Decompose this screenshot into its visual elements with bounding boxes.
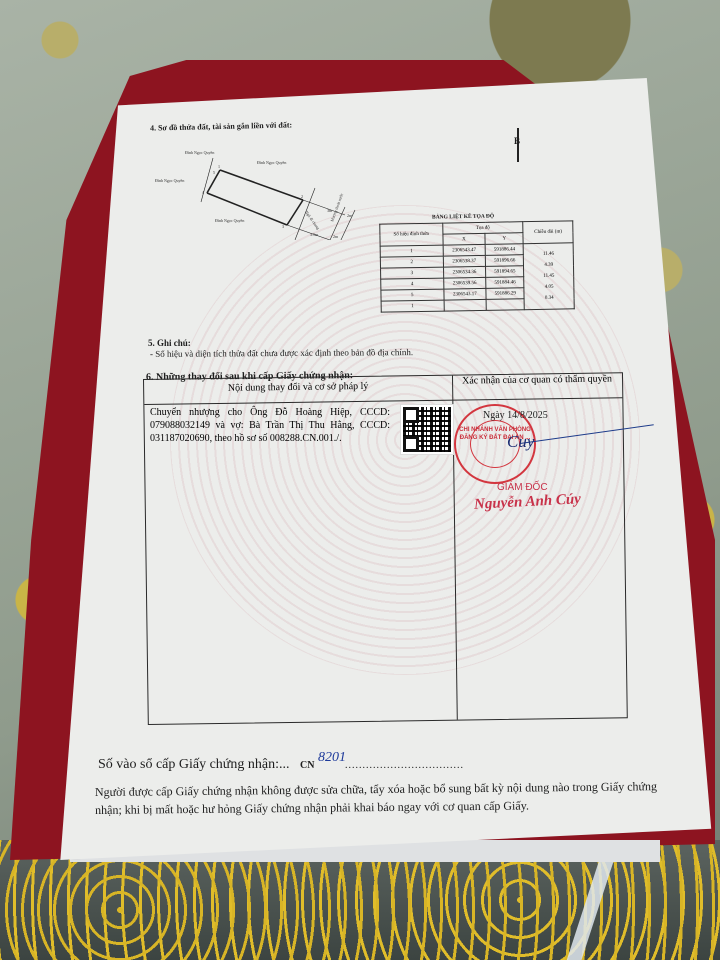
coord-header-x: X bbox=[442, 233, 485, 245]
warning-notice: Người được cấp Giấy chứng nhận không đượ… bbox=[95, 777, 675, 819]
section-5-note: - Số hiệu và diện tích thửa đất chưa đượ… bbox=[150, 347, 413, 359]
parcel-sketch: Đình Ngọc Quyền Đình Ngọc Quyền Đình Ngọ… bbox=[155, 150, 375, 240]
svg-text:4: 4 bbox=[202, 190, 204, 195]
svg-text:3: 3 bbox=[282, 224, 284, 229]
coord-header-y: Y bbox=[485, 233, 523, 245]
section-4-title: 4. Sơ đồ thửa đất, tài sản gắn liền với … bbox=[150, 120, 292, 132]
svg-text:2: 2 bbox=[301, 194, 303, 199]
qr-code-icon bbox=[401, 405, 453, 454]
changes-header-content: Nội dung thay đổi và cơ sở pháp lý bbox=[144, 380, 452, 395]
signature: Cuy bbox=[507, 432, 534, 452]
coord-header-length: Chiều dài (m) bbox=[523, 221, 573, 244]
signer-title: GIÁM ĐỐC bbox=[497, 482, 548, 493]
sketch-label-alley: Ngõ đi chung bbox=[304, 210, 321, 231]
registry-number: 8201 bbox=[318, 750, 346, 766]
sketch-label-top: Đình Ngọc Quyền bbox=[257, 160, 286, 165]
coordinate-table: Số hiệu đỉnh thửa Tọa độ Chiều dài (m) X… bbox=[379, 220, 575, 312]
sketch-label-top-left: Đình Ngọc Quyền bbox=[185, 150, 214, 155]
registry-dots: .................................. bbox=[345, 760, 464, 771]
svg-text:2m: 2m bbox=[333, 234, 339, 239]
coord-header-point: Số hiệu đỉnh thửa bbox=[380, 223, 443, 246]
svg-text:3m: 3m bbox=[327, 208, 333, 213]
section-5-title: 5. Ghi chú: bbox=[148, 338, 191, 348]
svg-text:3.5m: 3.5m bbox=[310, 232, 319, 237]
registry-label: Số vào sổ cấp Giấy chứng nhận:... bbox=[98, 757, 290, 773]
change-entry-text: Chuyển nhượng cho Ông Đỗ Hoàng Hiệp, CCC… bbox=[150, 406, 390, 445]
changes-header-confirm: Xác nhận của cơ quan có thẩm quyền bbox=[452, 373, 622, 386]
north-label: B bbox=[514, 136, 520, 146]
document-content: 4. Sơ đồ thửa đất, tài sản gắn liền với … bbox=[0, 0, 720, 960]
sketch-label-left: Đình Ngọc Quyền bbox=[155, 178, 184, 183]
svg-text:1: 1 bbox=[218, 164, 220, 169]
length-column: 11.46 4.39 11.45 4.05 0.34 bbox=[524, 243, 575, 310]
coord-table-title: BẢNG LIỆT KÊ TỌA ĐỘ bbox=[432, 213, 494, 220]
registry-prefix: CN bbox=[300, 760, 314, 771]
confirmation-date: Ngày 14/8/2025 bbox=[483, 410, 548, 421]
svg-text:5: 5 bbox=[213, 170, 215, 175]
svg-text:2m: 2m bbox=[347, 213, 353, 218]
sketch-label-bottom: Đình Ngọc Quyền bbox=[215, 218, 244, 223]
